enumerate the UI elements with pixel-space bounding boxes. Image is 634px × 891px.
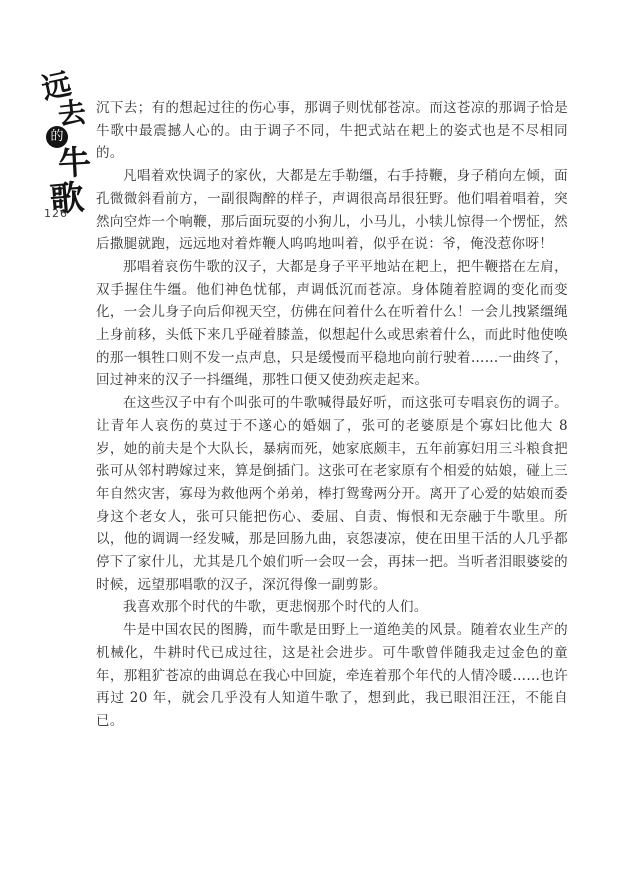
paragraph: 在这些汉子中有个叫张可的牛歌喊得最好听，而这张可专唱哀伤的调子。让青年人哀伤的莫… bbox=[96, 392, 568, 596]
book-page: 远 去 的 牛 歌 126 沉下去；有的想起过往的伤心事，那调子则忧郁苍凉。而这… bbox=[0, 0, 634, 891]
calligraphy-char-niu: 牛 bbox=[57, 145, 92, 180]
paragraph-continuation: 沉下去；有的想起过往的伤心事，那调子则忧郁苍凉。而这苍凉的那调子恰是牛歌中最震撼… bbox=[96, 97, 568, 165]
calligraphy-char-qu: 去 bbox=[57, 99, 88, 130]
article-text: 沉下去；有的想起过往的伤心事，那调子则忧郁苍凉。而这苍凉的那调子恰是牛歌中最震撼… bbox=[96, 97, 568, 733]
margin-column: 远 去 的 牛 歌 126 bbox=[0, 0, 100, 891]
paragraph: 凡唱着欢快调子的家伙，大都是左手勒缰，右手持鞭，身子稍向左倾，面孔微微斜看前方，… bbox=[96, 165, 568, 256]
paragraph: 牛是中国农民的图腾，而牛歌是田野上一道绝美的风景。随着农业生产的机械化，牛耕时代… bbox=[96, 619, 568, 733]
page-number: 126 bbox=[44, 207, 68, 220]
paragraph: 我喜欢那个时代的牛歌，更悲悯那个时代的人们。 bbox=[96, 596, 568, 619]
paragraph: 那唱着哀伤牛歌的汉子，大都是身子平平地站在耙上，把牛鞭搭在左肩，双手握住牛缰。他… bbox=[96, 256, 568, 392]
